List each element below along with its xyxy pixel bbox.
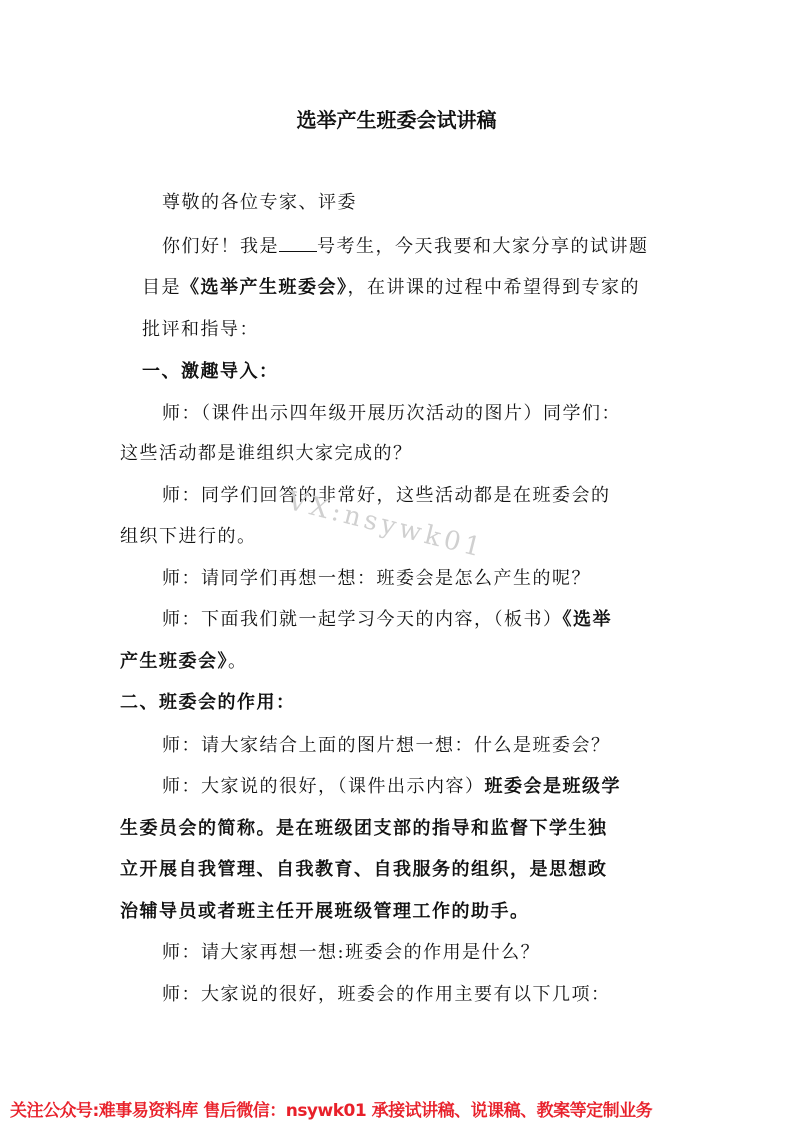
intro-line-3: 批评和指导： <box>142 315 259 341</box>
definition-line: 治辅导员或者班主任开展班级管理工作的助手。 <box>120 897 530 923</box>
section-2-line: 师：请大家结合上面的图片想一想：什么是班委会？ <box>162 731 611 757</box>
section-2-line: 师：请大家再想一想:班委会的作用是什么？ <box>162 938 540 964</box>
section-2-heading: 二、班委会的作用： <box>120 688 296 714</box>
definition-bold: 班委会是班级学 <box>485 776 622 797</box>
section-1-line: 组织下进行的。 <box>120 522 257 548</box>
section-2-line: 师：大家说的很好，班委会的作用主要有以下几项： <box>162 980 611 1006</box>
intro-text: 目是 <box>142 277 181 298</box>
definition-line: 立开展自我管理、自我教育、自我服务的组织，是思想政 <box>120 855 608 881</box>
section-2-line: 师：大家说的很好，（课件出示内容）班委会是班级学 <box>162 772 621 798</box>
section-1-heading: 一、激趣导入： <box>142 357 279 383</box>
section-1-line: 这些活动都是谁组织大家完成的？ <box>120 439 413 465</box>
greeting: 尊敬的各位专家、评委 <box>162 188 357 214</box>
section-2-text: 师：大家说的很好，（课件出示内容） <box>162 776 485 797</box>
document-title: 选举产生班委会试讲稿 <box>0 104 793 133</box>
candidate-number-blank <box>279 237 317 252</box>
intro-text: 你们好！我是 <box>162 236 279 257</box>
intro-text: ，在讲课的过程中希望得到专家的 <box>348 277 641 298</box>
intro-line-2: 目是《选举产生班委会》，在讲课的过程中希望得到专家的 <box>142 273 640 299</box>
section-1-line: 师：同学们回答的非常好，这些活动都是在班委会的 <box>162 481 611 507</box>
lesson-title-bold: 《选举 <box>563 609 613 630</box>
section-1-line: 师：请同学们再想一想：班委会是怎么产生的呢？ <box>162 564 591 590</box>
section-1-line: 师：（课件出示四年级开展历次活动的图片）同学们： <box>162 399 621 425</box>
definition-line: 生委员会的简称。是在班级团支部的指导和监督下学生独 <box>120 814 608 840</box>
lesson-title-bold: 产生班委会》 <box>120 651 228 672</box>
section-1-line: 产生班委会》。 <box>120 647 248 673</box>
section-1-line: 师：下面我们就一起学习今天的内容，（板书）《选举 <box>162 605 612 631</box>
lesson-title-bold: 《选举产生班委会》 <box>181 277 348 298</box>
section-1-text: 。 <box>228 651 248 672</box>
section-1-text: 师：下面我们就一起学习今天的内容，（板书） <box>162 609 563 630</box>
intro-line-1: 你们好！我是号考生，今天我要和大家分享的试讲题 <box>162 232 649 258</box>
footer-ad-banner: 关注公众号:难事易资料库 售后微信：nsywk01 承接试讲稿、说课稿、教案等定… <box>10 1096 652 1121</box>
intro-text: 号考生，今天我要和大家分享的试讲题 <box>317 236 649 257</box>
